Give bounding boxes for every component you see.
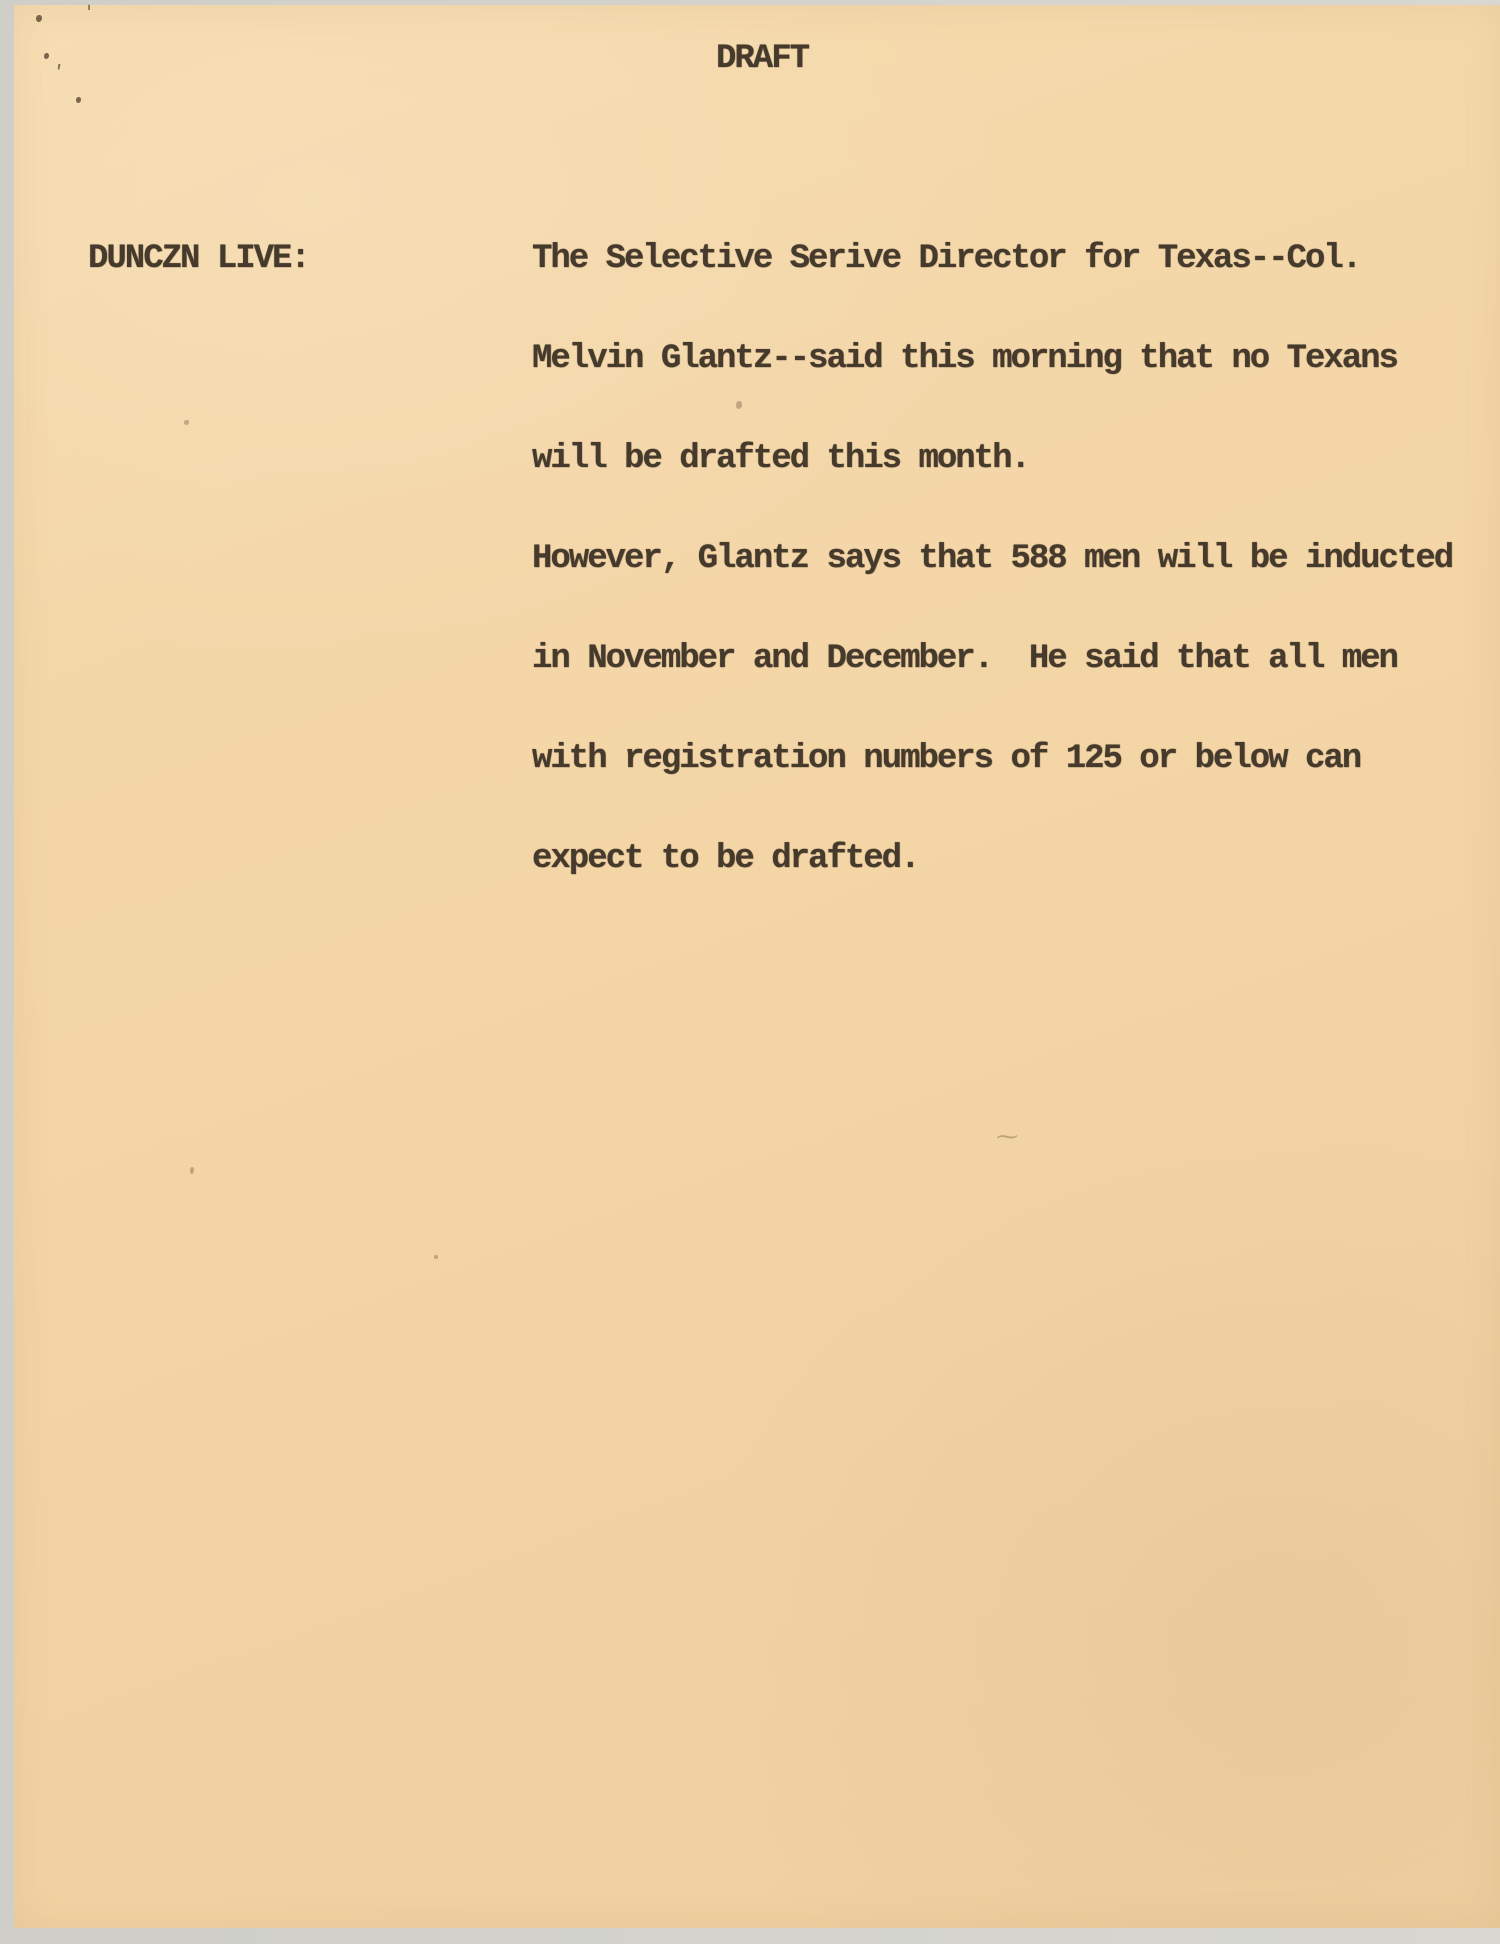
body-line: Melvin Glantz--said this morning that no…	[532, 340, 1452, 440]
paper-speck	[44, 53, 49, 59]
paper-speck	[434, 1255, 438, 1259]
paper-speck: ⁓	[996, 1125, 1018, 1150]
body-line: The Selective Serive Director for Texas-…	[532, 240, 1452, 340]
script-body: The Selective Serive Director for Texas-…	[532, 240, 1452, 940]
paper-speck: ˈ	[86, 3, 92, 28]
page-title: DRAFT	[716, 40, 808, 78]
body-line: in November and December. He said that a…	[532, 640, 1452, 740]
slug-label: DUNCZN LIVE:	[88, 240, 309, 278]
paper-speck	[190, 1167, 194, 1174]
scanned-document: ˈ ʹ ⁓ DRAFT DUNCZN LIVE: The Selective S…	[0, 0, 1500, 1944]
body-line: will be drafted this month.	[532, 440, 1452, 540]
paper-speck: ʹ	[56, 63, 62, 88]
paper-speck	[36, 15, 42, 22]
body-line: expect to be drafted.	[532, 840, 1452, 940]
paper-speck	[184, 420, 189, 425]
body-line: with registration numbers of 125 or belo…	[532, 740, 1452, 840]
paper-speck	[76, 97, 81, 103]
body-line: However, Glantz says that 588 men will b…	[532, 540, 1452, 640]
